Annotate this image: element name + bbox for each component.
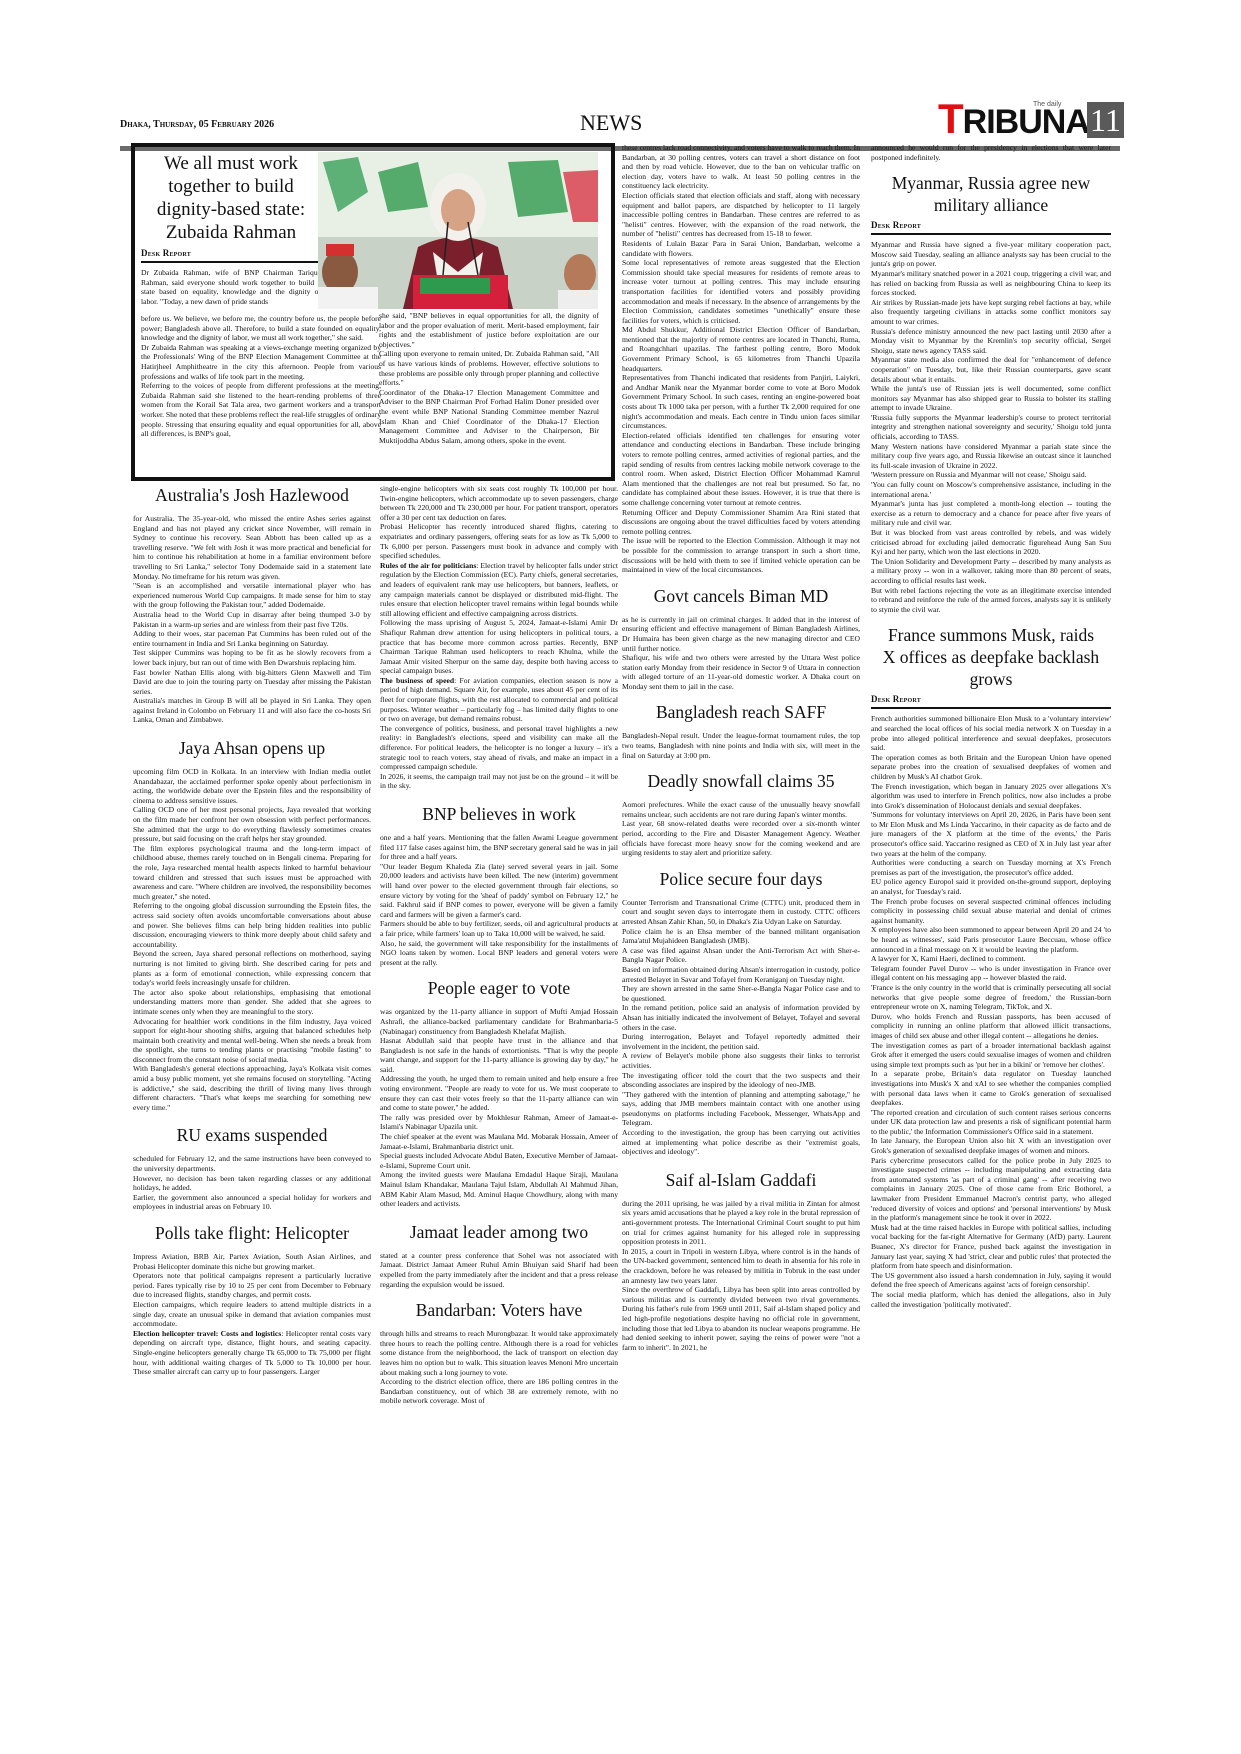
article-para: Police claim he is an Ehsa member of the… — [622, 927, 860, 946]
article-para: Myanmar state media also confirmed the d… — [871, 355, 1111, 384]
lead-story-col1: before us. We believe, we before me, the… — [141, 314, 381, 439]
article-para: 'France is the only country in the world… — [871, 983, 1111, 1012]
article-para: The actor also spoke about relationships… — [133, 988, 371, 1017]
article-para: Beyond the screen, Jaya shared personal … — [133, 949, 371, 987]
article-para: The US government also issued a harsh co… — [871, 1271, 1111, 1290]
article-para: Counter Terrorism and Transnational Crim… — [622, 898, 860, 927]
article-para: The social media platform, which has den… — [871, 1290, 1111, 1309]
article-para: for Australia. The 35-year-old, who miss… — [133, 514, 371, 581]
article-para: Probasi Helicopter has recently introduc… — [380, 522, 618, 560]
section-title: NEWS — [580, 110, 642, 136]
logo-letters: RIBUNA — [963, 103, 1089, 141]
article-para: Some local representatives of remote are… — [622, 258, 860, 325]
article-para: through hills and streams to reach Muron… — [380, 1329, 618, 1377]
article-para: During interrogation, Belayet and Tofaye… — [622, 1032, 860, 1051]
article-para: Authorities were conducting a search on … — [871, 858, 1111, 877]
ru-headline: RU exams suspended — [133, 1124, 371, 1146]
saff-headline: Bangladesh reach SAFF — [622, 701, 860, 723]
lead-byline: Desk Report — [141, 248, 321, 263]
article-para: The French investigation, which began in… — [871, 782, 1111, 811]
article-para: Myanmar's military snatched power in a 2… — [871, 269, 1111, 298]
lead-story: We all must work together to build digni… — [141, 152, 321, 306]
article-para: According to the district election offic… — [380, 1377, 618, 1406]
article-para: Australia's matches in Group B will all … — [133, 696, 371, 725]
article-para: Operators note that political campaigns … — [133, 1271, 371, 1300]
article-para: In 2015, a court in Tripoli in western L… — [622, 1247, 860, 1285]
dateline: Dhaka, Thursday, 05 February 2026 — [120, 119, 274, 130]
article-para: Based on information obtained during Ahs… — [622, 965, 860, 984]
jamaat-headline: Jamaat leader among two — [380, 1221, 618, 1243]
article-para: Election-related officials identified te… — [622, 431, 860, 508]
column-2: single-engine helicopters with six seats… — [380, 484, 618, 1406]
article-para: However, no decision has been taken rega… — [133, 1174, 371, 1193]
hazlewood-headline: Australia's Josh Hazlewood — [133, 484, 371, 506]
speaker-photo-icon — [318, 152, 598, 309]
article-para: Last year, 68 snow-related deaths were r… — [622, 819, 860, 857]
article-para: Paris cybercrime prosecutors called for … — [871, 1156, 1111, 1223]
article-para: Earlier, the government also announced a… — [133, 1193, 371, 1212]
logo-letter-t: T — [938, 95, 963, 142]
article-para: single-engine helicopters with six seats… — [380, 484, 618, 522]
lead-para: she said, "BNP believes in equal opportu… — [379, 311, 599, 349]
article-para: According to the investigation, the grou… — [622, 1128, 860, 1157]
article-para: Rules of the air for politicians: Electi… — [380, 561, 618, 619]
article-para: EU police agency Europol said it provide… — [871, 877, 1111, 896]
police-headline: Police secure four days — [622, 868, 860, 890]
article-para: as he is currently in jail on criminal c… — [622, 615, 860, 653]
article-para: 'Western pressure on Russia and Myanmar … — [871, 470, 1111, 480]
lead-para: Calling upon everyone to remain united, … — [379, 349, 599, 387]
article-para: Impress Aviation, BRB Air, Partex Aviati… — [133, 1252, 371, 1271]
article-para: Residents of Lulain Bazar Para in Sarai … — [622, 239, 860, 258]
myanmar-headline: Myanmar, Russia agree new military allia… — [881, 172, 1101, 216]
article-para: Among the invited guests were Maulana Em… — [380, 1170, 618, 1208]
article-para: Aomori prefectures. While the exact caus… — [622, 800, 860, 819]
article-para: Special guests included Advocate Abdul B… — [380, 1151, 618, 1170]
article-para: Myanmar's junta has just completed a mon… — [871, 499, 1111, 528]
article-para: The operation comes as both Britain and … — [871, 753, 1111, 782]
article-para: Durov, who holds French and Russian pass… — [871, 1012, 1111, 1041]
article-para: Election officials stated that election … — [622, 191, 860, 239]
article-para: The investigation comes as part of a bro… — [871, 1041, 1111, 1070]
article-para: Adding to their woes, star paceman Pat C… — [133, 629, 371, 648]
people-headline: People eager to vote — [380, 977, 618, 999]
jaya-headline: Jaya Ahsan opens up — [133, 737, 371, 759]
article-para: A case was filed against Ahsan under the… — [622, 946, 860, 965]
article-para: Md Abdul Shukkur, Additional District El… — [622, 325, 860, 373]
article-para: Australia head to the World Cup in disar… — [133, 610, 371, 629]
article-para: The business of speed: For aviation comp… — [380, 676, 618, 724]
lead-headline: We all must work together to build digni… — [141, 152, 321, 244]
article-para: Election helicopter travel: Costs and lo… — [133, 1329, 371, 1377]
article-para: Election campaigns, which require leader… — [133, 1300, 371, 1329]
article-para: But with rebel factions rejecting the vo… — [871, 586, 1111, 615]
article-para: 'Russia fully supports the Myanmar leade… — [871, 413, 1111, 442]
article-para: Advocating for healthier work conditions… — [133, 1017, 371, 1065]
article-para: scheduled for February 12, and the same … — [133, 1154, 371, 1173]
article-para: during the 2011 uprising, he was jailed … — [622, 1199, 860, 1247]
article-para: Addressing the youth, he urged them to r… — [380, 1074, 618, 1112]
article-para: one and a half years. Mentioning that th… — [380, 833, 618, 862]
article-para: Representatives from Thanchi indicated t… — [622, 373, 860, 431]
article-para: Test skipper Cummins was hoping to be fi… — [133, 648, 371, 667]
article-para: 'You can fully count on Moscow's compreh… — [871, 480, 1111, 499]
article-para: The rally was presided over by Mokhlesur… — [380, 1113, 618, 1132]
article-para: The French probe focuses on several susp… — [871, 897, 1111, 926]
article-para: In the remand petition, police said an a… — [622, 1003, 860, 1032]
article-para: Many Western nations have considered Mya… — [871, 442, 1111, 471]
article-para: "Our leader Begum Khaleda Zia (late) ser… — [380, 862, 618, 920]
article-para: Since the overthrow of Gaddafi, Libya ha… — [622, 1285, 860, 1352]
article-para: A lawyer for X, Kami Haeri, declined to … — [871, 954, 1111, 964]
article-para: Bangladesh-Nepal result. Under the leagu… — [622, 731, 860, 760]
article-para: stated at a counter press conference tha… — [380, 1251, 618, 1289]
article-para: Telegram founder Pavel Durov -- who is u… — [871, 964, 1111, 983]
article-para: While the junta's use of Russian jets is… — [871, 384, 1111, 413]
article-para: Musk had at the time raised hackles in E… — [871, 1223, 1111, 1271]
lead-photo — [318, 152, 598, 309]
article-para: "They gathered with the intention of pla… — [622, 1090, 860, 1128]
article-para: A review of Belayet's mobile phone also … — [622, 1051, 860, 1070]
article-para: these centres lack road connectivity, an… — [622, 143, 860, 191]
article-para: Shafiqur, his wife and two others were a… — [622, 653, 860, 691]
bandarban-headline: Bandarban: Voters have — [380, 1299, 618, 1321]
myanmar-byline: Desk Report — [871, 220, 1111, 235]
france-byline: Desk Report — [871, 694, 1111, 709]
newspaper-logo: The daily TRIBUNAL — [938, 100, 1088, 140]
biman-headline: Govt cancels Biman MD — [622, 585, 860, 607]
article-para: The convergence of politics, business, a… — [380, 724, 618, 772]
bnp-headline: BNP believes in work — [380, 803, 618, 825]
page-number: 11 — [1087, 102, 1124, 138]
article-para: announced he would run for the presidenc… — [871, 143, 1111, 162]
article-para: The Union Solidarity and Development Par… — [871, 557, 1111, 586]
gaddafi-headline: Saif al-Islam Gaddafi — [622, 1169, 860, 1191]
article-para: Air strikes by Russian-made jets have ke… — [871, 298, 1111, 327]
column-4: announced he would run for the presidenc… — [871, 143, 1111, 1309]
subhead: The business of speed — [380, 676, 454, 685]
column-1: Australia's Josh Hazlewood for Australia… — [133, 484, 371, 1377]
lead-para: before us. We believe, we before me, the… — [141, 314, 381, 343]
article-para: Farmers should be able to buy fertilizer… — [380, 919, 618, 938]
article-para: Fast bowler Nathan Ellis along with big-… — [133, 668, 371, 697]
article-para: Referring to the ongoing global discussi… — [133, 901, 371, 949]
lead-para: Dr Zubaida Rahman, wife of BNP Chairman … — [141, 268, 321, 306]
lead-story-col2: she said, "BNP believes in equal opportu… — [379, 311, 599, 445]
article-para: Myanmar and Russia have signed a five-ye… — [871, 240, 1111, 269]
article-para: In a separate probe, Britain's data regu… — [871, 1069, 1111, 1107]
lead-para: Coordinator of the Dhaka-17 Election Man… — [379, 388, 599, 446]
article-para: Russia's defence ministry announced the … — [871, 327, 1111, 356]
article-para: The chief speaker at the event was Maula… — [380, 1132, 618, 1151]
article-para: They are shown arrested in the same Sher… — [622, 984, 860, 1003]
subhead: Rules of the air for politicians — [380, 561, 476, 570]
article-para: French authorities summoned billionaire … — [871, 714, 1111, 752]
snow-headline: Deadly snowfall claims 35 — [622, 770, 860, 792]
article-para: In 2026, it seems, the campaign trail ma… — [380, 772, 618, 791]
article-para: 'Summons for voluntary interviews on Apr… — [871, 810, 1111, 858]
subhead: Election helicopter travel: Costs and lo… — [133, 1329, 281, 1338]
article-para: The film explores psychological trauma a… — [133, 844, 371, 902]
article-para: Returning Officer and Deputy Commissione… — [622, 508, 860, 537]
article-para: Hasnat Abdullah said that people have tr… — [380, 1036, 618, 1074]
article-para: Calling OCD one of her most personal pro… — [133, 805, 371, 843]
article-para: But it was blocked from vast areas contr… — [871, 528, 1111, 557]
article-para: 'The reported creation and circulation o… — [871, 1108, 1111, 1137]
article-para: X employees have also been summoned to a… — [871, 925, 1111, 954]
article-para: With Bangladesh's general elections appr… — [133, 1064, 371, 1112]
article-para: upcoming film OCD in Kolkata. In an inte… — [133, 767, 371, 805]
article-para: In late January, the European Union also… — [871, 1136, 1111, 1155]
france-headline: France summons Musk, raids X offices as … — [881, 624, 1101, 690]
lead-para: Dr Zubaida Rahman was speaking at a view… — [141, 343, 381, 381]
article-para: was organized by the 11-party alliance i… — [380, 1007, 618, 1036]
column-3: these centres lack road connectivity, an… — [622, 143, 860, 1352]
lead-para: Referring to the voices of people from d… — [141, 381, 381, 439]
article-para: Also, he said, the government will take … — [380, 939, 618, 968]
article-para: The investigating officer told the court… — [622, 1071, 860, 1090]
article-para: "Sean is an accomplished and versatile i… — [133, 581, 371, 610]
polls-headline: Polls take flight: Helicopter — [133, 1222, 371, 1244]
article-para: Following the mass uprising of August 5,… — [380, 618, 618, 676]
article-para: The issue will be reported to the Electi… — [622, 536, 860, 574]
